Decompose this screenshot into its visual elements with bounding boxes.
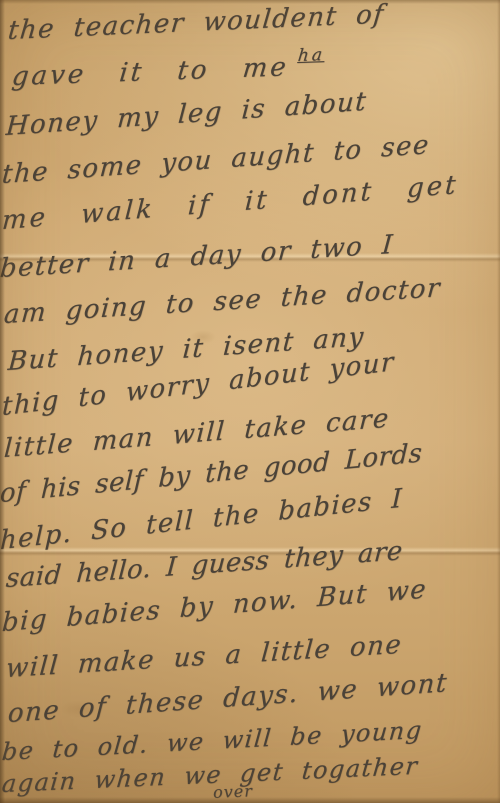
handwritten-line-7: am going to see the doctor (3, 273, 442, 330)
paper-edge-top (0, 0, 500, 4)
handwritten-line-1: the teacher wouldent of (7, 0, 386, 46)
handwritten-text: gave it to me (10, 52, 290, 92)
handwritten-line-2: gave it to meha (10, 51, 325, 92)
over-note: over (213, 781, 253, 801)
letter-page: the teacher wouldent of gave it to meha … (0, 0, 500, 803)
superscript-note: ha (297, 45, 326, 66)
handwritten-line-3: Honey my leg is about (5, 87, 368, 142)
handwritten-line-6: better in a day or two I (0, 230, 395, 284)
